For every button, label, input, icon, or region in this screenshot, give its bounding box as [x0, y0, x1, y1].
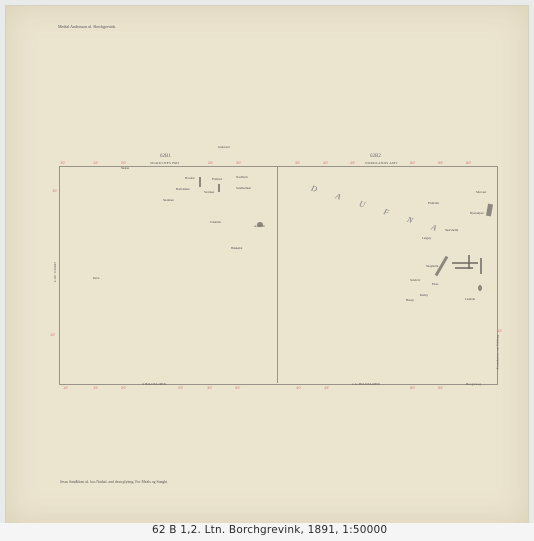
place-label: Skogholm — [426, 264, 438, 268]
tick-bottom: 55' — [438, 385, 443, 390]
place-label: Bjornskjaer — [470, 211, 484, 215]
map-frame — [59, 166, 498, 385]
sheet-number-1: 62B1 — [160, 154, 171, 159]
place-label: Skarvholm — [445, 228, 458, 232]
tick-top: 45' — [350, 160, 355, 165]
place-label: Sandholmen — [236, 186, 251, 190]
tick-bottom: 35' — [235, 385, 240, 390]
sheet-title-2: NORDLANDS AMT — [365, 161, 398, 165]
tick-bottom: 45' — [324, 385, 329, 390]
tick-bottom: 30' — [207, 385, 212, 390]
tick-top: 50' — [410, 160, 415, 165]
sheet-title-1: SIGRULNES HØI — [150, 161, 179, 165]
left-margin-label: LAT. NORD — [53, 262, 57, 282]
tick-bottom: 15' — [93, 385, 98, 390]
bottom-label-1: 3 BILDSLØEN — [142, 382, 166, 386]
place-label: Langøy — [422, 236, 431, 240]
tick-top: 40' — [323, 160, 328, 165]
tick-top: 25' — [208, 160, 213, 165]
island — [478, 285, 482, 291]
place-label: Sandvær — [410, 278, 421, 282]
footer-note: Jesus Sandblom ul. hos Nathal. and dextr… — [60, 480, 167, 484]
place-label: Flatholm — [428, 201, 439, 205]
place-label: Gnitestad — [218, 145, 230, 149]
place-label: Fridstad — [212, 177, 222, 181]
tick-bottom: 50' — [410, 385, 415, 390]
tick-bottom: 40' — [296, 385, 301, 390]
place-label: Skolmen — [163, 198, 174, 202]
sheet-number-2: 62B2 — [370, 154, 381, 159]
island — [199, 177, 201, 187]
bottom-label-2: 1 G BILDSLØEN — [352, 382, 380, 386]
tick-top: 20' — [121, 160, 126, 165]
place-label: Stormen — [204, 190, 214, 194]
header-note: Medial Andersson ul. Borchgrevink — [58, 24, 115, 29]
bottom-right-label: Borgvaag — [466, 382, 481, 386]
place-label: Ravn — [93, 276, 99, 280]
tick-right: 15' — [497, 328, 502, 333]
place-label: Husøy — [406, 298, 414, 302]
tick-top: 35' — [295, 160, 300, 165]
place-label: Nordhavn — [236, 175, 248, 179]
tick-top: 60' — [466, 160, 471, 165]
island — [452, 262, 478, 264]
place-label: Bakkedal — [231, 246, 242, 250]
tick-top: 15' — [93, 160, 98, 165]
catalog-label: 62 B 1,2. Ltn. Borchgrevink, 1891, 1:500… — [152, 524, 387, 536]
place-label: Hovden — [185, 176, 195, 180]
place-label: Laukvik — [465, 297, 475, 301]
tick-bottom: 10' — [63, 385, 68, 390]
right-margin-label: Projeksion og Uddrag — [495, 335, 499, 370]
place-label: Borholmen — [176, 187, 190, 191]
island — [218, 184, 220, 192]
place-label: Skalan — [121, 166, 129, 170]
tick-top: 30' — [236, 160, 241, 165]
sheet-divider — [277, 166, 278, 383]
island — [257, 222, 263, 227]
tick-bottom: 20' — [121, 385, 126, 390]
island — [455, 267, 473, 269]
tick-left: 15' — [52, 188, 57, 193]
tick-bottom: 25' — [178, 385, 183, 390]
tick-left: 10' — [50, 332, 55, 337]
tick-top: 10' — [60, 160, 65, 165]
tick-top: 55' — [438, 160, 443, 165]
place-label: Rødøy — [420, 293, 428, 297]
place-label: Trannvik — [210, 220, 221, 224]
place-label: Mosvaer — [476, 190, 487, 194]
place-label: Flesa — [432, 282, 438, 286]
island — [480, 258, 482, 274]
